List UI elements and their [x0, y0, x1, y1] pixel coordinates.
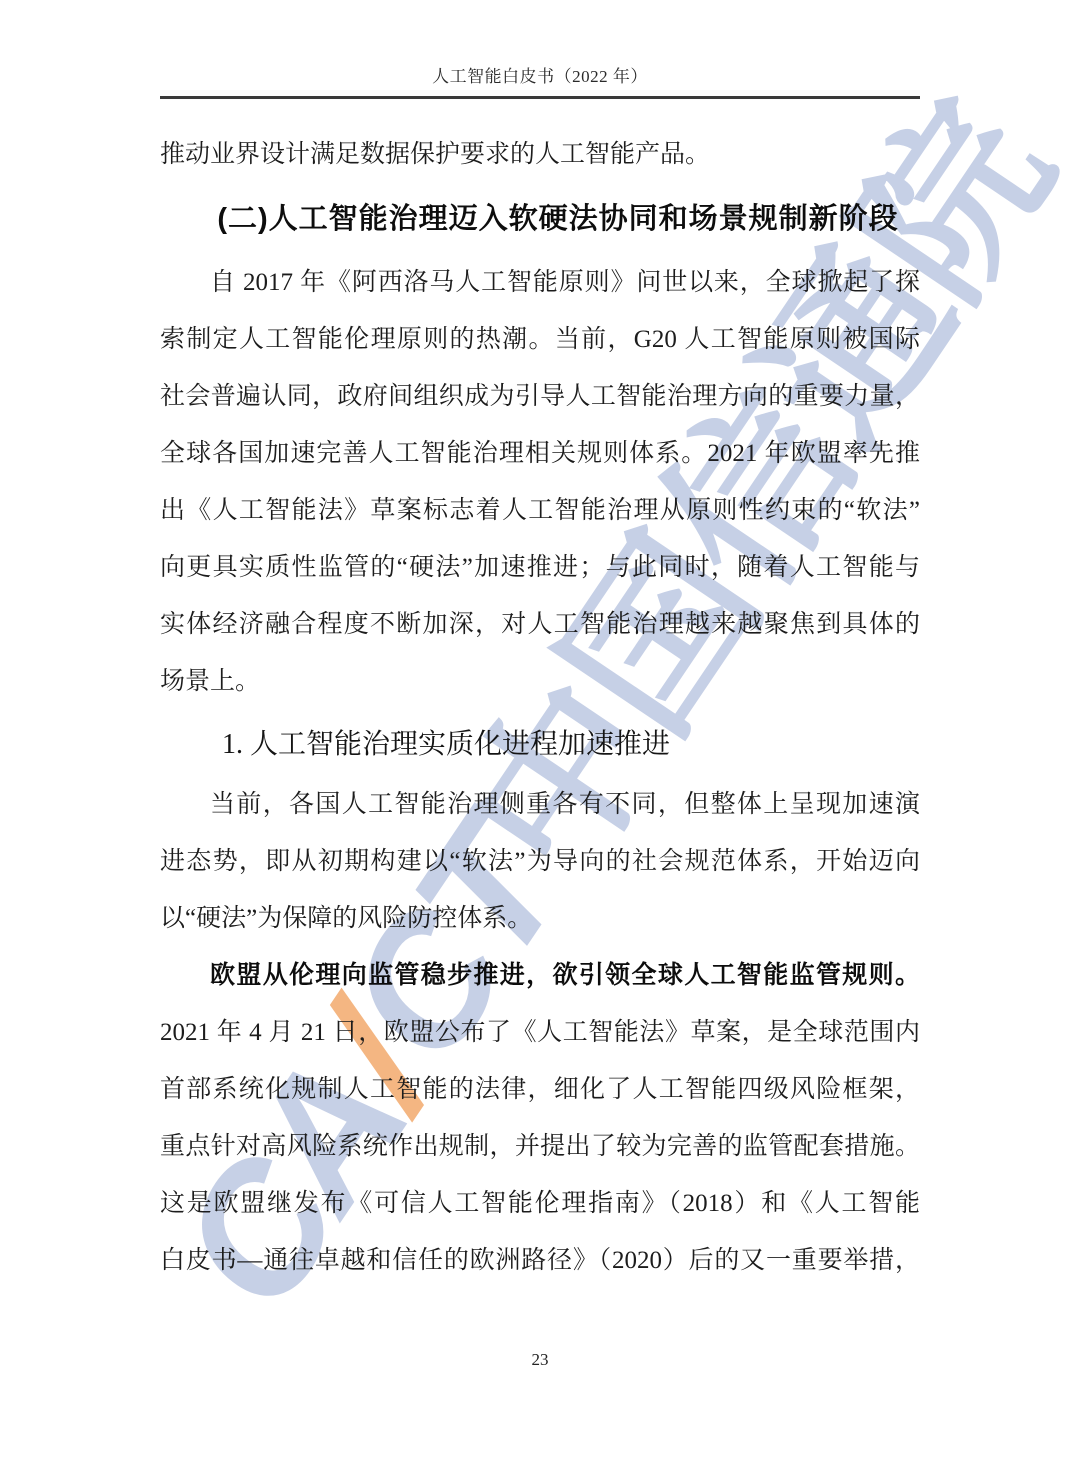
- h2-line: (二)人工智能治理迈入软硬法协同和场景规制新阶段: [160, 191, 920, 248]
- text-line: 全球各国加速完善人工智能治理相关规则体系。2021 年欧盟率先推: [160, 425, 920, 482]
- text-line: 以“硬法”为保障的风险防控体系。: [160, 890, 920, 947]
- text-line: 2021 年 4 月 21 日，欧盟公布了《人工智能法》草案，是全球范围内: [160, 1004, 920, 1061]
- lead-line: 欧盟从伦理向监管稳步推进，欲引领全球人工智能监管规则。: [160, 947, 920, 1004]
- text-line: 重点针对高风险系统作出规制，并提出了较为完善的监管配套措施。: [160, 1118, 920, 1175]
- page-header: 人工智能白皮书（2022 年）: [160, 62, 920, 99]
- text-line: 进态势，即从初期构建以“软法”为导向的社会规范体系，开始迈向: [160, 833, 920, 890]
- header-title: 人工智能白皮书（2022 年）: [432, 67, 648, 86]
- text-line: 首部系统化规制人工智能的法律，细化了人工智能四级风险框架，: [160, 1061, 920, 1118]
- text-line: 出《人工智能法》草案标志着人工智能治理从原则性约束的“软法”: [160, 482, 920, 539]
- text-line: 自 2017 年《阿西洛马人工智能原则》问世以来，全球掀起了探: [160, 254, 920, 311]
- text-line: 社会普遍认同，政府间组织成为引导人工智能治理方向的重要力量，: [160, 368, 920, 425]
- text-line: 当前，各国人工智能治理侧重各有不同，但整体上呈现加速演: [160, 776, 920, 833]
- page-footer: 23: [0, 1350, 1080, 1370]
- text-line: 这是欧盟继发布《可信人工智能伦理指南》（2018）和《人工智能: [160, 1175, 920, 1232]
- whitepaper-page: CA/CT中国信通院 人工智能白皮书（2022 年） 推动业界设计满足数据保护要…: [0, 0, 1080, 1466]
- text-line: 实体经济融合程度不断加深，对人工智能治理越来越聚焦到具体的: [160, 596, 920, 653]
- page-number: 23: [532, 1350, 549, 1369]
- document-body: 推动业界设计满足数据保护要求的人工智能产品。(二)人工智能治理迈入软硬法协同和场…: [160, 126, 920, 1289]
- text-line: 索制定人工智能伦理原则的热潮。当前，G20 人工智能原则被国际: [160, 311, 920, 368]
- text-line: 白皮书—通往卓越和信任的欧洲路径》（2020）后的又一重要举措，: [160, 1232, 920, 1289]
- text-line: 场景上。: [160, 653, 920, 710]
- h3-line: 1. 人工智能治理实质化进程加速推进: [160, 716, 920, 773]
- text-line: 向更具实质性监管的“硬法”加速推进；与此同时，随着人工智能与: [160, 539, 920, 596]
- text-line: 推动业界设计满足数据保护要求的人工智能产品。: [160, 126, 920, 183]
